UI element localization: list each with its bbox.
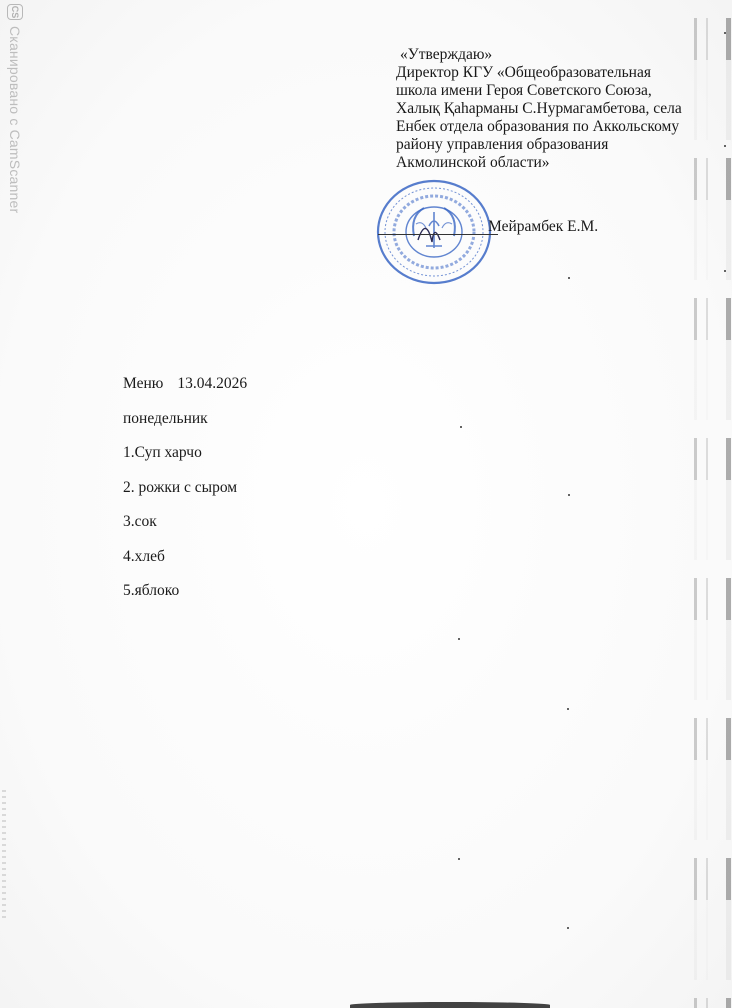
- scan-speck: [568, 277, 570, 279]
- menu-title-row: Меню13.04.2026: [123, 375, 247, 410]
- menu-item: 1.Суп харчо: [123, 444, 247, 479]
- menu-item: 3.сок: [123, 513, 247, 548]
- menu-date: 13.04.2026: [177, 375, 247, 392]
- signatory-name: Мейрамбек Е.М.: [488, 218, 598, 236]
- scan-speck: [567, 708, 569, 710]
- approval-line: Енбек отдела образования по Аккольскому: [396, 118, 732, 136]
- approval-line: Директор КГУ «Общеобразовательная: [396, 64, 732, 82]
- scan-artifact: [350, 1002, 550, 1008]
- menu-title: Меню: [123, 375, 163, 392]
- scan-speck: [568, 494, 570, 496]
- scan-speck: [567, 927, 569, 929]
- scan-speck: [724, 32, 726, 34]
- camscanner-logo-icon: CS: [7, 4, 23, 20]
- menu-section: Меню13.04.2026 понедельник 1.Суп харчо 2…: [123, 375, 247, 617]
- approval-line: району управления образования: [396, 136, 732, 154]
- approval-line: Халық Қаһарманы С.Нурмагамбетова, села: [396, 100, 732, 118]
- scan-speck: [724, 270, 726, 272]
- scan-artifact: [2, 790, 6, 920]
- approval-line: Акмолинской области»: [396, 154, 732, 172]
- approval-line: школа имени Героя Советского Союза,: [396, 82, 732, 100]
- scan-speck: [458, 858, 460, 860]
- camscanner-watermark: CS Сканировано с CamScanner: [4, 4, 26, 244]
- scan-speck: [460, 426, 462, 428]
- menu-item: 2. рожки с сыром: [123, 479, 247, 514]
- watermark-text: Сканировано с CamScanner: [7, 26, 23, 213]
- official-stamp-icon: [374, 176, 496, 286]
- signature-line: [378, 234, 498, 235]
- menu-day: понедельник: [123, 410, 247, 445]
- menu-item: 5.яблоко: [123, 582, 247, 617]
- approval-heading: «Утверждаю»: [396, 46, 732, 64]
- scan-speck: [458, 638, 460, 640]
- menu-item: 4.хлеб: [123, 548, 247, 583]
- scan-speck: [724, 145, 726, 147]
- scanned-page: CS Сканировано с CamScanner «Утверждаю» …: [0, 0, 732, 1008]
- approval-block: «Утверждаю» Директор КГУ «Общеобразовате…: [396, 46, 732, 172]
